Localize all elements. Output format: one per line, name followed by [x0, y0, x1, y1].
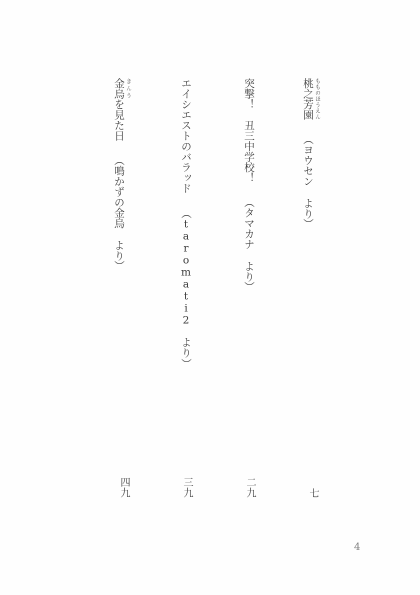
entry-source-name: 鳴かずの金烏	[113, 166, 125, 229]
entry-source-name: タマカナ	[243, 208, 255, 250]
entry-title: 突撃！ 丑三中学校！	[243, 78, 255, 183]
yori-label: より	[180, 337, 192, 358]
entry-title-text: 突撃！ 丑三中学校！	[243, 78, 255, 183]
entry-title-line: エイシエストのバラッド（taromati2より）	[176, 78, 194, 498]
entry-furigana: もものほうえん	[314, 78, 320, 120]
paren-open: （	[302, 134, 314, 145]
table-of-contents: 桃之芳園もものほうえん（ヨウセンより） 七 突撃！ 丑三中学校！（タマカナより）…	[68, 78, 320, 498]
yori-label: より	[113, 240, 125, 261]
entry-title-text: 金烏	[113, 78, 125, 99]
entry-title-line: 突撃！ 丑三中学校！（タマカナより）	[239, 78, 257, 498]
entry-page-number: 三九	[181, 477, 191, 498]
paren-close: ）	[243, 282, 255, 293]
toc-entry: 桃之芳園もものほうえん（ヨウセンより） 七	[302, 78, 320, 498]
entry-title-line: 桃之芳園もものほうえん（ヨウセンより）	[298, 78, 320, 498]
toc-entry: 金烏きんうを見た日（鳴かずの金烏より） 四九	[113, 78, 131, 498]
entry-source-name: taromati2	[180, 218, 192, 326]
entry-page-number: 四九	[118, 477, 128, 498]
entry-source: （鳴かずの金烏より）	[113, 155, 125, 271]
entry-source: （ヨウセンより）	[302, 134, 314, 229]
paren-close: ）	[302, 219, 314, 230]
book-page: 桃之芳園もものほうえん（ヨウセンより） 七 突撃！ 丑三中学校！（タマカナより）…	[0, 0, 420, 595]
entry-source: （タマカナより）	[243, 197, 255, 292]
entry-source: （taromati2より）	[180, 208, 192, 369]
paren-open: （	[243, 197, 255, 208]
entry-title-text: 桃之芳園	[302, 78, 314, 120]
paren-open: （	[113, 155, 125, 166]
entry-title-rest: を見た日	[113, 99, 125, 141]
entry-page-number: 二九	[244, 477, 254, 498]
entry-title-line: 金烏きんうを見た日（鳴かずの金烏より）	[109, 78, 131, 498]
entry-page-number: 七	[307, 488, 317, 499]
paren-open: （	[180, 208, 192, 219]
toc-entry: エイシエストのバラッド（taromati2より） 三九	[176, 78, 194, 498]
paren-close: ）	[180, 358, 192, 369]
paren-close: ）	[113, 261, 125, 272]
entry-title-text: エイシエストのバラッド	[180, 78, 192, 194]
entry-furigana: きんう	[125, 78, 131, 99]
entry-title: 桃之芳園もものほうえん	[302, 78, 314, 120]
entry-source-name: ヨウセン	[302, 145, 314, 187]
entry-title: 金烏きんう	[113, 78, 125, 99]
yori-label: より	[243, 261, 255, 282]
toc-entry: 突撃！ 丑三中学校！（タマカナより） 二九	[239, 78, 257, 498]
entry-title: エイシエストのバラッド	[180, 78, 192, 194]
yori-label: より	[302, 198, 314, 219]
page-number-footer: 4	[354, 542, 360, 553]
